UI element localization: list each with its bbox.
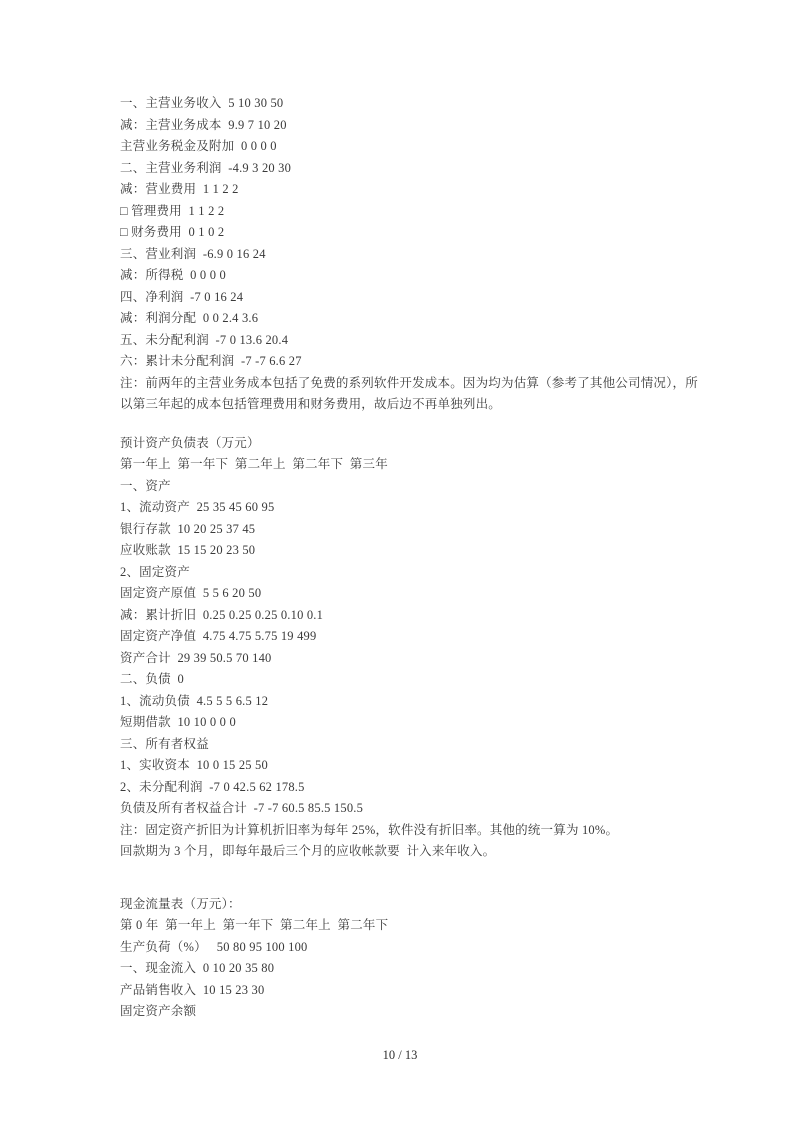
section-cash-flow: 现金流量表（万元）：第 0 年 第一年上 第一年下 第二年上 第二年下生产负荷（… bbox=[120, 894, 702, 1023]
text-line: 注：固定资产折旧为计算机折旧率为每年 25%，软件没有折旧率。其他的统一算为 1… bbox=[120, 820, 702, 842]
text-line: 第一年上 第一年下 第二年上 第二年下 第三年 bbox=[120, 454, 702, 476]
text-line: 银行存款 10 20 25 37 45 bbox=[120, 519, 702, 541]
document-page: { "colors": { "background": "#ffffff", "… bbox=[0, 0, 800, 1132]
text-line: 以第三年起的成本包括管理费用和财务费用，故后边不再单独列出。 bbox=[120, 394, 702, 416]
text-line: 一、主营业务收入 5 10 30 50 bbox=[120, 93, 702, 115]
text-line: 预计资产负债表（万元） bbox=[120, 433, 702, 455]
text-line: 二、主营业务利润 -4.9 3 20 30 bbox=[120, 158, 702, 180]
text-line: 六：累计未分配利润 -7 -7 6.6 27 bbox=[120, 351, 702, 373]
text-line: 回款期为 3 个月，即每年最后三个月的应收帐款要 计入来年收入。 bbox=[120, 841, 702, 863]
text-line: 减：营业费用 1 1 2 2 bbox=[120, 179, 702, 201]
text-line: 1、流动负债 4.5 5 5 6.5 12 bbox=[120, 691, 702, 713]
page-number: 10 / 13 bbox=[0, 1046, 800, 1064]
text-line: 产品销售收入 10 15 23 30 bbox=[120, 980, 702, 1002]
text-line: 应收账款 15 15 20 23 50 bbox=[120, 540, 702, 562]
text-line: 主营业务税金及附加 0 0 0 0 bbox=[120, 136, 702, 158]
text-line: □ 管理费用 1 1 2 2 bbox=[120, 201, 702, 223]
document-content: 一、主营业务收入 5 10 30 50减：主营业务成本 9.9 7 10 20主… bbox=[120, 93, 702, 1023]
text-line: 短期借款 10 10 0 0 0 bbox=[120, 712, 702, 734]
text-line: 2、固定资产 bbox=[120, 562, 702, 584]
text-line: 减：累计折旧 0.25 0.25 0.25 0.10 0.1 bbox=[120, 605, 702, 627]
text-line: 三、所有者权益 bbox=[120, 734, 702, 756]
text-line: 五、未分配利润 -7 0 13.6 20.4 bbox=[120, 330, 702, 352]
text-line: 固定资产原值 5 5 6 20 50 bbox=[120, 583, 702, 605]
text-line: 四、净利润 -7 0 16 24 bbox=[120, 287, 702, 309]
text-line: 减：主营业务成本 9.9 7 10 20 bbox=[120, 115, 702, 137]
text-line: 第 0 年 第一年上 第一年下 第二年上 第二年下 bbox=[120, 915, 702, 937]
text-line: 1、实收资本 10 0 15 25 50 bbox=[120, 755, 702, 777]
text-line: 现金流量表（万元）： bbox=[120, 894, 702, 916]
text-line: □ 财务费用 0 1 0 2 bbox=[120, 222, 702, 244]
text-line: 一、现金流入 0 10 20 35 80 bbox=[120, 958, 702, 980]
text-line: 注：前两年的主营业务成本包括了免费的系列软件开发成本。因为均为估算（参考了其他公… bbox=[120, 373, 702, 395]
text-line: 三、营业利润 -6.9 0 16 24 bbox=[120, 244, 702, 266]
text-line: 固定资产余额 bbox=[120, 1001, 702, 1023]
section-income-statement: 一、主营业务收入 5 10 30 50减：主营业务成本 9.9 7 10 20主… bbox=[120, 93, 702, 416]
text-line: 减：所得税 0 0 0 0 bbox=[120, 265, 702, 287]
text-line: 固定资产净值 4.75 4.75 5.75 19 499 bbox=[120, 626, 702, 648]
text-line: 二、负债 0 bbox=[120, 669, 702, 691]
text-line: 1、流动资产 25 35 45 60 95 bbox=[120, 497, 702, 519]
text-line: 资产合计 29 39 50.5 70 140 bbox=[120, 648, 702, 670]
text-line: 生产负荷（%） 50 80 95 100 100 bbox=[120, 937, 702, 959]
section-balance-sheet: 预计资产负债表（万元）第一年上 第一年下 第二年上 第二年下 第三年一、资产1、… bbox=[120, 433, 702, 863]
text-line: 减：利润分配 0 0 2.4 3.6 bbox=[120, 308, 702, 330]
text-line: 一、资产 bbox=[120, 476, 702, 498]
text-line: 负债及所有者权益合计 -7 -7 60.5 85.5 150.5 bbox=[120, 798, 702, 820]
text-line: 2、未分配利润 -7 0 42.5 62 178.5 bbox=[120, 777, 702, 799]
